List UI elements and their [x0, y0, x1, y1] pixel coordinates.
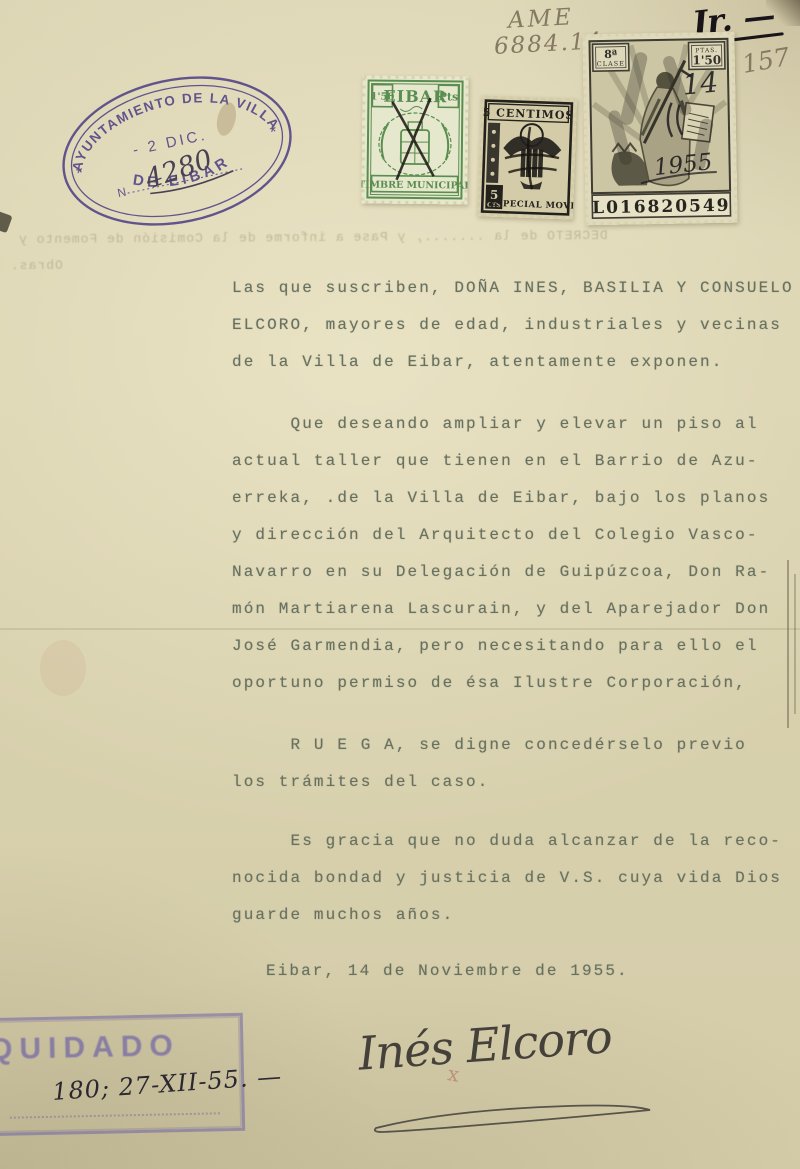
paragraph-ruega: R U E G A, se digne concedérselo previo … — [232, 727, 747, 801]
body-line: Navarro en su Delegación de Guipúzcoa, D… — [232, 554, 770, 591]
liquidado-dotted-line — [10, 1112, 220, 1118]
body-line: erreka, .de la Villa de Eibar, bajo los … — [232, 480, 770, 517]
edge-smudge — [0, 211, 13, 233]
paper-smudge — [40, 640, 86, 696]
body-line: ELCORO, mayores de edad, industriales y … — [232, 307, 794, 344]
page-edge-line — [787, 560, 789, 728]
page-edge-line — [794, 574, 796, 714]
fiscal-stamp-cancellation-day: 14 — [681, 66, 719, 102]
fiscal-stamp-serial-number: L016820549 — [592, 196, 731, 218]
paragraph-exposition: Que deseando ampliar y elevar un piso al… — [232, 406, 770, 702]
fold-line — [0, 628, 800, 630]
fiscal-stamp-ptas-value: 1'50 — [692, 53, 721, 67]
pencil-number: 157 — [740, 42, 792, 79]
signature-name: Inés Elcoro — [356, 1009, 613, 1081]
paragraph-intro: Las que suscriben, DOÑA INES, BASILIA Y … — [232, 270, 794, 381]
body-line: món Martiarena Lascurain, y del Aparejad… — [232, 591, 770, 628]
body-line: guarde muchos años. — [232, 897, 782, 934]
body-line: Que deseando ampliar y elevar un piso al — [232, 406, 770, 443]
body-line: R U E G A, se digne concedérselo previo — [232, 727, 747, 764]
signature-flourish — [368, 1092, 658, 1140]
body-line: y dirección del Arquitecto del Colegio V… — [232, 517, 770, 554]
paragraph-closing: Es gracia que no duda alcanzar de la rec… — [232, 823, 782, 934]
body-line: actual taller que tienen en el Barrio de… — [232, 443, 770, 480]
corner-shadow — [766, 0, 800, 26]
oval-stamp-number-prefix: N — [116, 185, 127, 200]
body-line: de la Villa de Eibar, atentamente expone… — [232, 344, 794, 381]
liquidado-label: LIQUIDADO — [0, 1029, 180, 1068]
fiscal-tax-stamp: 8ª CLASE PTAS. 1'50 14 1955 L016820549 — [582, 32, 737, 226]
dateline: Eibar, 14 de Noviembre de 1955. — [266, 953, 629, 990]
body-line: nocida bondad y justicia de V.S. cuya vi… — [232, 860, 782, 897]
body-line: Es gracia que no duda alcanzar de la rec… — [232, 823, 782, 860]
fiscal-stamp-class-label: CLASE — [597, 60, 625, 68]
municipal-oval-stamp: AYUNTAMIENTO DE LA VILLA DE EIBAR * * - … — [39, 44, 314, 258]
body-line: oportuno permiso de ésa Ilustre Corporac… — [232, 665, 770, 702]
scanned-document-page: Jr. — AME 6884.14 157 AYUNTAMIENTO DE LA… — [0, 0, 800, 1169]
body-line: José Garmendia, pero necesitando para el… — [232, 628, 770, 665]
movil-tax-stamp: 5 CENTIMOS 5 CTS ESPECIAL MOVIL — [477, 95, 577, 219]
ghost-bleedthrough-line-2: Obras. — [10, 258, 63, 274]
municipal-stamp-bottom-label: TIMBRE MUNICIPAL — [361, 179, 468, 191]
ghost-bleedthrough-line-1: DECRETO de la ......., y Pase a informe … — [18, 228, 608, 248]
body-line: los trámites del caso. — [232, 764, 747, 801]
municipal-tax-stamp: 1'50 Pts EIBAR TIMBRE MUNICIPAL — [361, 75, 468, 204]
body-line: Las que suscriben, DOÑA INES, BASILIA Y … — [232, 270, 794, 307]
